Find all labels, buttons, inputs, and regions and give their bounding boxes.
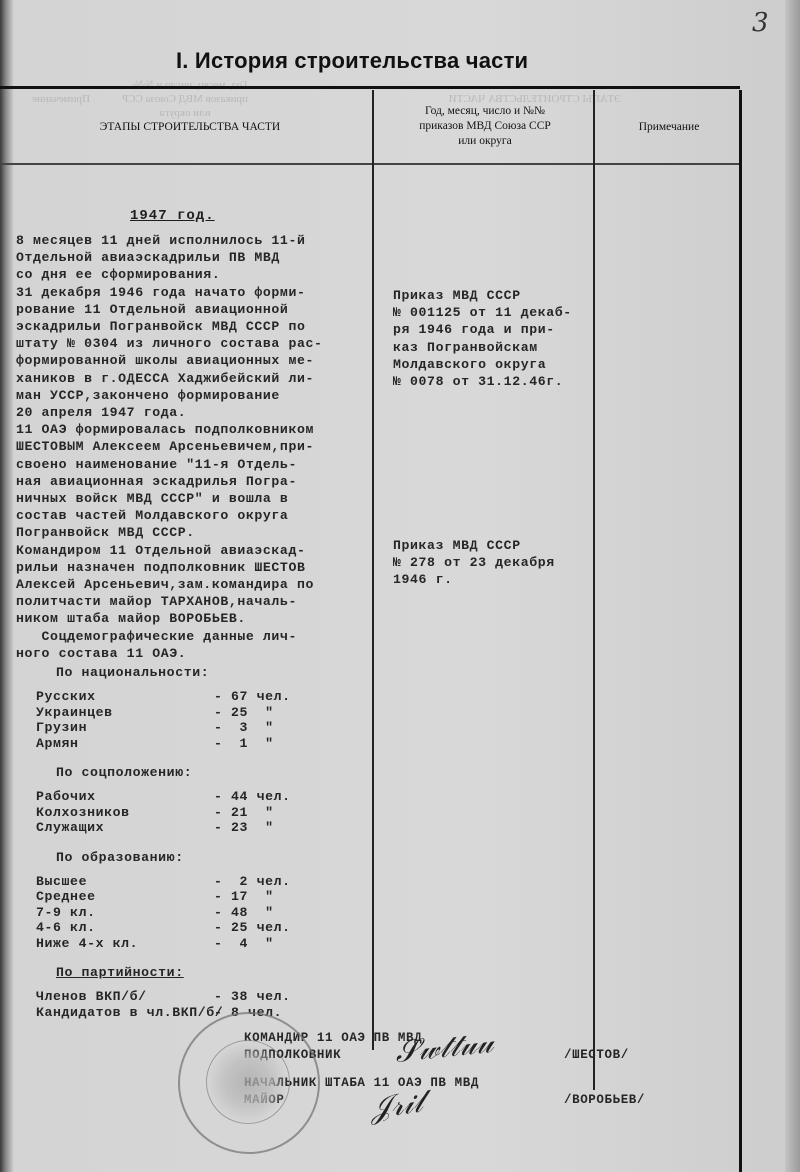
official-stamp	[178, 1012, 320, 1154]
stages-line: 11 ОАЭ формировалась подполковником	[16, 421, 314, 438]
header-top-rule	[0, 86, 740, 89]
stats-row-value: - 4 "	[214, 935, 274, 952]
order-line: 1946 г.	[393, 571, 453, 588]
stages-line: политчасти майор ТАРХАНОВ,началь-	[16, 593, 297, 610]
signature-chief-name: /ВОРОБЬЕВ/	[564, 1092, 645, 1109]
order-line: № 001125 от 11 декаб-	[393, 304, 572, 321]
stages-line: ШЕСТОВЫМ Алексеем Арсеньевичем,при-	[16, 438, 314, 455]
stages-line: рование 11 Отдельной авиационной	[16, 301, 288, 318]
ghost-header-line1: Год, месяц, число и №№	[125, 78, 255, 92]
stages-line: ман УССР,закончено формирование	[16, 387, 280, 404]
stats-group-heading: По национальности:	[56, 664, 209, 681]
stages-line: формированной школы авиационных ме-	[16, 352, 314, 369]
stages-line: со дня ее сформирования.	[16, 266, 220, 283]
header-bottom-rule	[0, 163, 740, 165]
order-line: № 278 от 23 декабря	[393, 554, 555, 571]
stages-line: ного состава 11 ОАЭ.	[16, 645, 186, 662]
stats-row-label: Ниже 4-х кл.	[36, 935, 138, 952]
stages-line: 20 апреля 1947 года.	[16, 404, 186, 421]
stages-line: ная авиационная эскадрилья Погра-	[16, 473, 297, 490]
stats-group-heading: По соцположению:	[56, 764, 192, 781]
stats-row-value: - 23 "	[214, 819, 274, 836]
page-title: I. История строительства части	[176, 48, 528, 74]
order-line: ря 1946 года и при-	[393, 321, 555, 338]
column-header-orders-1: Год, месяц, число и №№	[380, 104, 590, 119]
stats-row-value: - 1 "	[214, 735, 274, 752]
ghost-note: Примечание	[40, 92, 90, 106]
stages-line: 8 месяцев 11 дней исполнилось 11-й	[16, 232, 305, 249]
order-line: Приказ МВД СССР	[393, 537, 521, 554]
stages-line: 31 декабря 1946 года начато форми-	[16, 284, 305, 301]
order-line: каз Погранвойскам	[393, 339, 538, 356]
column-header-orders-2: приказов МВД Союза ССР	[380, 119, 590, 134]
stages-line: штату № 0304 из личного состава рас-	[16, 335, 323, 352]
stats-row-label: Кандидатов в чл.ВКП/б/	[36, 1004, 223, 1021]
stages-line: хаников в г.ОДЕССА Хаджибейский ли-	[16, 370, 314, 387]
column-divider-1	[372, 90, 374, 1050]
signature-commander-name: /ШЕСТОВ/	[564, 1047, 629, 1064]
stages-line: своено наименование "11-я Отдель-	[16, 456, 297, 473]
handwritten-signature-chief: 𝒥𝓇𝒾𝓁	[368, 1084, 425, 1126]
order-line: Приказ МВД СССР	[393, 287, 521, 304]
stages-line: состав частей Молдавского округа	[16, 507, 288, 524]
stages-line: Погранвойск МВД СССР.	[16, 524, 195, 541]
column-divider-2	[593, 90, 595, 1090]
stages-line: Отдельной авиаэскадрильи ПВ МВД	[16, 249, 280, 266]
stats-group-heading: По партийности:	[56, 964, 184, 981]
stages-line: Алексей Арсеньевич,зам.командира по	[16, 576, 314, 593]
stats-group-heading: По образованию:	[56, 849, 184, 866]
stats-row-label: Армян	[36, 735, 79, 752]
stages-line: ником штаба майор ВОРОБЬЕВ.	[16, 610, 246, 627]
ghost-header-line3: или округа	[140, 106, 230, 120]
column-header-orders-3: или округа	[380, 134, 590, 149]
stages-line: Соцдемографические данные лич-	[16, 628, 297, 645]
order-line: № 0078 от 31.12.46г.	[393, 373, 563, 390]
year-heading: 1947 год.	[130, 208, 215, 224]
stages-line: эскадрильи Погранвойск МВД СССР по	[16, 318, 305, 335]
stages-line: Командиром 11 Отдельной авиаэскад-	[16, 542, 305, 559]
stages-line: ничных войск МВД СССР" и вошла в	[16, 490, 288, 507]
stamp-emblem	[206, 1040, 290, 1124]
page-number: 3	[752, 8, 769, 38]
column-header-stages: ЭТАПЫ СТРОИТЕЛЬСТВА ЧАСТИ	[40, 120, 340, 135]
order-line: Молдавского округа	[393, 356, 546, 373]
column-header-notes: Примечание	[600, 120, 738, 135]
ghost-header-line2: приказов МВД Союза ССР	[110, 92, 260, 106]
stats-row-label: Служащих	[36, 819, 104, 836]
table-right-border	[739, 90, 742, 1172]
page-edge	[785, 0, 800, 1172]
stages-line: рильи назначен подполковник ШЕСТОВ	[16, 559, 305, 576]
